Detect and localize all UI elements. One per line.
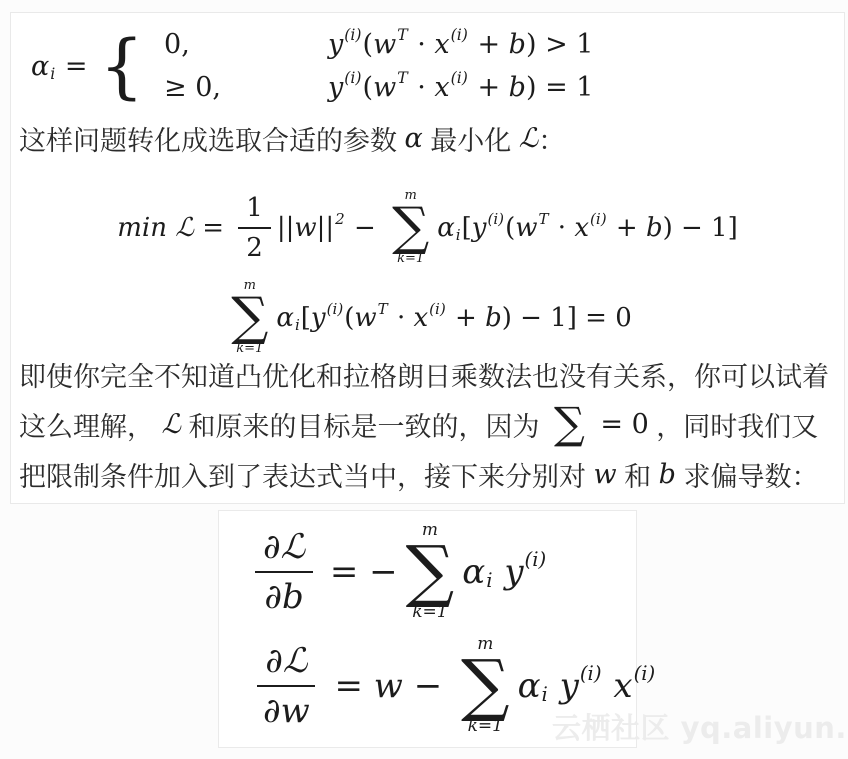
intro-line: 这样问题转化成选取合适的参数 α 最小化 ℒ： — [19, 119, 565, 158]
formula-dL-db: ∂ℒ∂b = −m∑k=1αi y(i) — [219, 515, 636, 629]
paragraph-line-1: 即使你完全不知道凸优化和拉格朗日乘数法也没有关系，你可以试着 — [19, 349, 840, 399]
cases-brace: { — [99, 33, 144, 100]
cases-rows: 0, y(i)(wT · x(i) + b) > 1 ≥ 0, y(i)(wT … — [156, 29, 593, 103]
formula-min-lagrangian: min ℒ = 12||w||2 − m∑k=1αi[y(i)(wT · x(i… — [11, 189, 844, 267]
site-watermark: 云栖社区 yq.aliyun.com — [552, 706, 848, 747]
paragraph-line-2: 这么理解， ℒ 和原来的目标是一致的，因为 ∑ = 0 ，同时我们又 — [19, 399, 840, 449]
cases-row2-condition: y(i)(wT · x(i) + b) = 1 — [328, 72, 593, 103]
cases-row1-value: 0, — [156, 29, 328, 60]
paragraph-line-3: 把限制条件加入到了表达式当中，接下来分别对 w 和 b 求偏导数： — [19, 449, 840, 499]
explanation-paragraph: 即使你完全不知道凸优化和拉格朗日乘数法也没有关系，你可以试着 这么理解， ℒ 和… — [19, 349, 840, 499]
content-panel: αi = { 0, y(i)(wT · x(i) + b) > 1 ≥ 0, y… — [10, 12, 845, 504]
article-screenshot: { "page": { "watermark": "云栖社区 yq.aliyun… — [0, 0, 848, 759]
cases-row2-value: ≥ 0, — [156, 72, 328, 103]
formula-alpha-cases: αi = { 0, y(i)(wT · x(i) + b) > 1 ≥ 0, y… — [31, 29, 593, 103]
cases-row1-condition: y(i)(wT · x(i) + b) > 1 — [328, 29, 593, 60]
cases-lhs: αi = — [31, 51, 87, 82]
formula-constraint-sum-zero: m∑k=1αi[y(i)(wT · x(i) + b) − 1] = 0 — [11, 279, 844, 357]
